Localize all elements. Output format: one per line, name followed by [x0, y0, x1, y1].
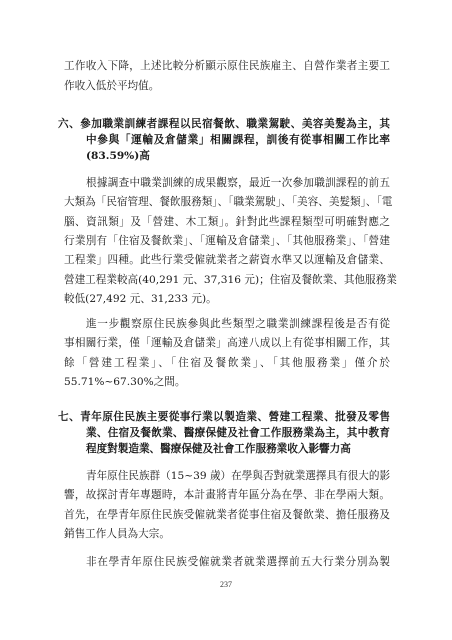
body-text-line: 非在學青年原住民族受僱就業者就業選擇前五大行業分別為製	[86, 555, 390, 569]
body-text-line: 首先，在學青年原住民族受僱就業者從事住宿及餐飲業、擔任服務及	[64, 508, 390, 522]
body-text-line: 銷售工作人員為大宗。	[64, 527, 390, 541]
section-heading-7: 七、青年原住民族主要從事行業以製造業、營建工程業、批發及零售	[58, 410, 390, 424]
page-number: 237	[0, 580, 452, 589]
body-text-line: 營建工程業較高(40,291 元、37,316 元)；住宿及餐飲業、其他服務業	[64, 273, 390, 287]
document-page: 工作收入下降，上述比較分析顯示原住民族雇主、自營作業者主要工 作收入低於平均值。…	[0, 0, 452, 640]
body-text-line: 事相關行業，僅「運輸及倉儲業」高達八成以上有從事相關工作，其	[64, 336, 390, 350]
body-text-line: 工作收入下降，上述比較分析顯示原住民族雇主、自營作業者主要工	[64, 59, 390, 73]
body-text-line: 青年原住民族群（15~39 歲）在學與否對就業選擇具有很大的影	[86, 469, 390, 483]
section-heading-7-line: 業、住宿及餐飲業、醫療保健及社會工作服務業為主，其中教育	[86, 426, 390, 440]
section-heading-7-line: 程度對製造業、醫療保健及社會工作服務業收入影響力高	[86, 442, 390, 456]
body-text-line: 作收入低於平均值。	[64, 79, 390, 93]
body-text-line: 行業別有「住宿及餐飲業」、「運輸及倉儲業」、「其他服務業」、「營建	[64, 234, 390, 248]
body-text-line: 餘「營建工程業」、「住宿及餐飲業」、「其他服務業」僅介於	[64, 356, 390, 370]
section-heading-6: 六、參加職業訓練者課程以民宿餐飲、職業駕駛、美容美髮為主，其	[58, 117, 390, 131]
body-text-line: 工程業」四種。此些行業受僱就業者之薪資水準又以運輸及倉儲業、	[64, 253, 390, 267]
body-text-line: 55.71%~67.30%之間。	[64, 375, 390, 389]
section-heading-6-line: 中參與「運輸及倉儲業」相關課程，訓後有從事相關工作比率	[86, 133, 390, 147]
body-text-line: 進一步觀察原住民族參與此些類型之職業訓練課程後是否有從	[86, 317, 390, 331]
body-text-line: 腦、資訊類」及「營建、木工類」。針對此些課程類型可明確對應之	[64, 215, 390, 229]
body-text-line: 較低(27,492 元、31,233 元)。	[64, 292, 390, 306]
body-text-line: 根據調查中職業訓練的成果觀察，最近一次參加職訓課程的前五	[86, 176, 390, 190]
section-heading-6-line: (83.59%)高	[86, 149, 390, 163]
body-text-line: 響，故探討青年專題時，本計畫將青年區分為在學、非在學兩大類。	[64, 488, 390, 502]
body-text-line: 大類為「民宿管理、餐飲服務類」、「職業駕駛」、「美容、美髮類」、「電	[64, 195, 390, 209]
